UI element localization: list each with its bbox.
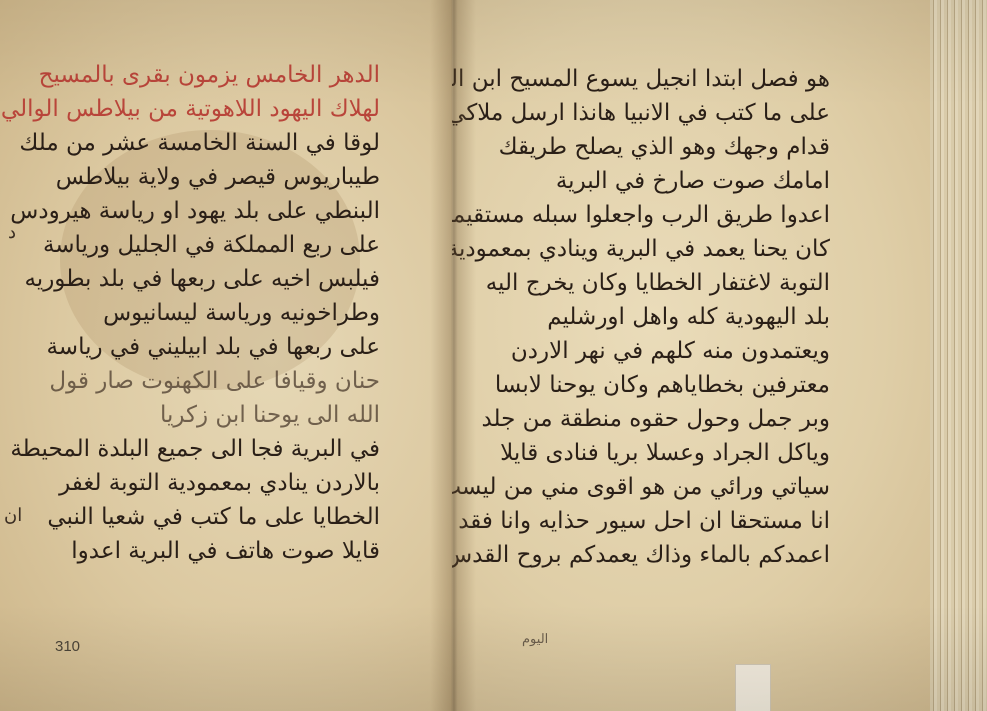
text-line: وبر جمل وحول حقوه منطقة من جلد <box>500 402 830 436</box>
manuscript-photo: الدهر الخامس يزمون بقرى بالمسيح لهلاك ال… <box>0 0 987 711</box>
paper-tab <box>735 664 771 711</box>
text-line: وطراخونيه ورياسة ليسانيوس <box>40 296 380 330</box>
text-line: هو فصل ابتدا انجيل يسوع المسيح ابن الله <box>500 62 830 96</box>
right-page-text: هو فصل ابتدا انجيل يسوع المسيح ابن الله … <box>500 62 830 572</box>
text-line: اعدوا طريق الرب واجعلوا سبله مستقيمة <box>500 198 830 232</box>
text-line: بلد اليهودية كله واهل اورشليم <box>500 300 830 334</box>
text-line: معترفين بخطاياهم وكان يوحنا لابسا <box>500 368 830 402</box>
text-line: اعمدكم بالماء وذاك يعمدكم بروح القدس <box>500 538 830 572</box>
text-line: البنطي على بلد يهود او رياسة هيرودس <box>40 194 380 228</box>
text-line: فيلبس اخيه على ربعها في بلد بطوريه <box>40 262 380 296</box>
text-line: بالاردن ينادي بمعمودية التوبة لغفر <box>40 466 380 500</box>
text-line: على ما كتب في الانبيا هانذا ارسل ملاكي <box>500 96 830 130</box>
text-line: قدام وجهك وهو الذي يصلح طريقك <box>500 130 830 164</box>
bottom-note: اليوم <box>522 632 548 647</box>
text-line: حنان وقيافا على الكهنوت صار قول <box>40 364 380 398</box>
text-line: ويعتمدون منه كلهم في نهر الاردن <box>500 334 830 368</box>
text-line: لوقا في السنة الخامسة عشر من ملك <box>40 126 380 160</box>
text-line: انا مستحقا ان احل سيور حذايه وانا فقد <box>500 504 830 538</box>
text-line: على ربع المملكة في الجليل ورياسة <box>40 228 380 262</box>
text-line: التوبة لاغتفار الخطايا وكان يخرج اليه <box>500 266 830 300</box>
rubric-line: لهلاك اليهود اللاهوتية من بيلاطس الوالي <box>40 92 380 126</box>
text-line: امامك صوت صارخ في البرية <box>500 164 830 198</box>
folio-number: 310 <box>55 638 80 655</box>
text-line: طيباريوس قيصر في ولاية بيلاطس <box>40 160 380 194</box>
text-line: في البرية فجا الى جميع البلدة المحيطة <box>40 432 380 466</box>
margin-mark: د <box>8 222 16 243</box>
rubric-line: الدهر الخامس يزمون بقرى بالمسيح <box>40 58 380 92</box>
text-line: كان يحنا يعمد في البرية وينادي بمعمودية <box>500 232 830 266</box>
page-edges <box>930 0 987 711</box>
text-line: قايلا صوت هاتف في البرية اعدوا <box>40 534 380 568</box>
text-line: وياكل الجراد وعسلا بريا فنادى قايلا <box>500 436 830 470</box>
right-page: هو فصل ابتدا انجيل يسوع المسيح ابن الله … <box>452 0 952 711</box>
left-page-text: الدهر الخامس يزمون بقرى بالمسيح لهلاك ال… <box>40 58 380 568</box>
text-line: الله الى يوحنا ابن زكريا <box>40 398 380 432</box>
book-gutter <box>430 0 476 711</box>
text-line: على ربعها في بلد ابيليني في رياسة <box>40 330 380 364</box>
left-page: الدهر الخامس يزمون بقرى بالمسيح لهلاك ال… <box>0 0 452 711</box>
text-line: الخطايا على ما كتب في شعيا النبي <box>40 500 380 534</box>
text-line: سياتي ورائي من هو اقوى مني من ليست <box>500 470 830 504</box>
margin-mark: ان <box>4 505 22 526</box>
